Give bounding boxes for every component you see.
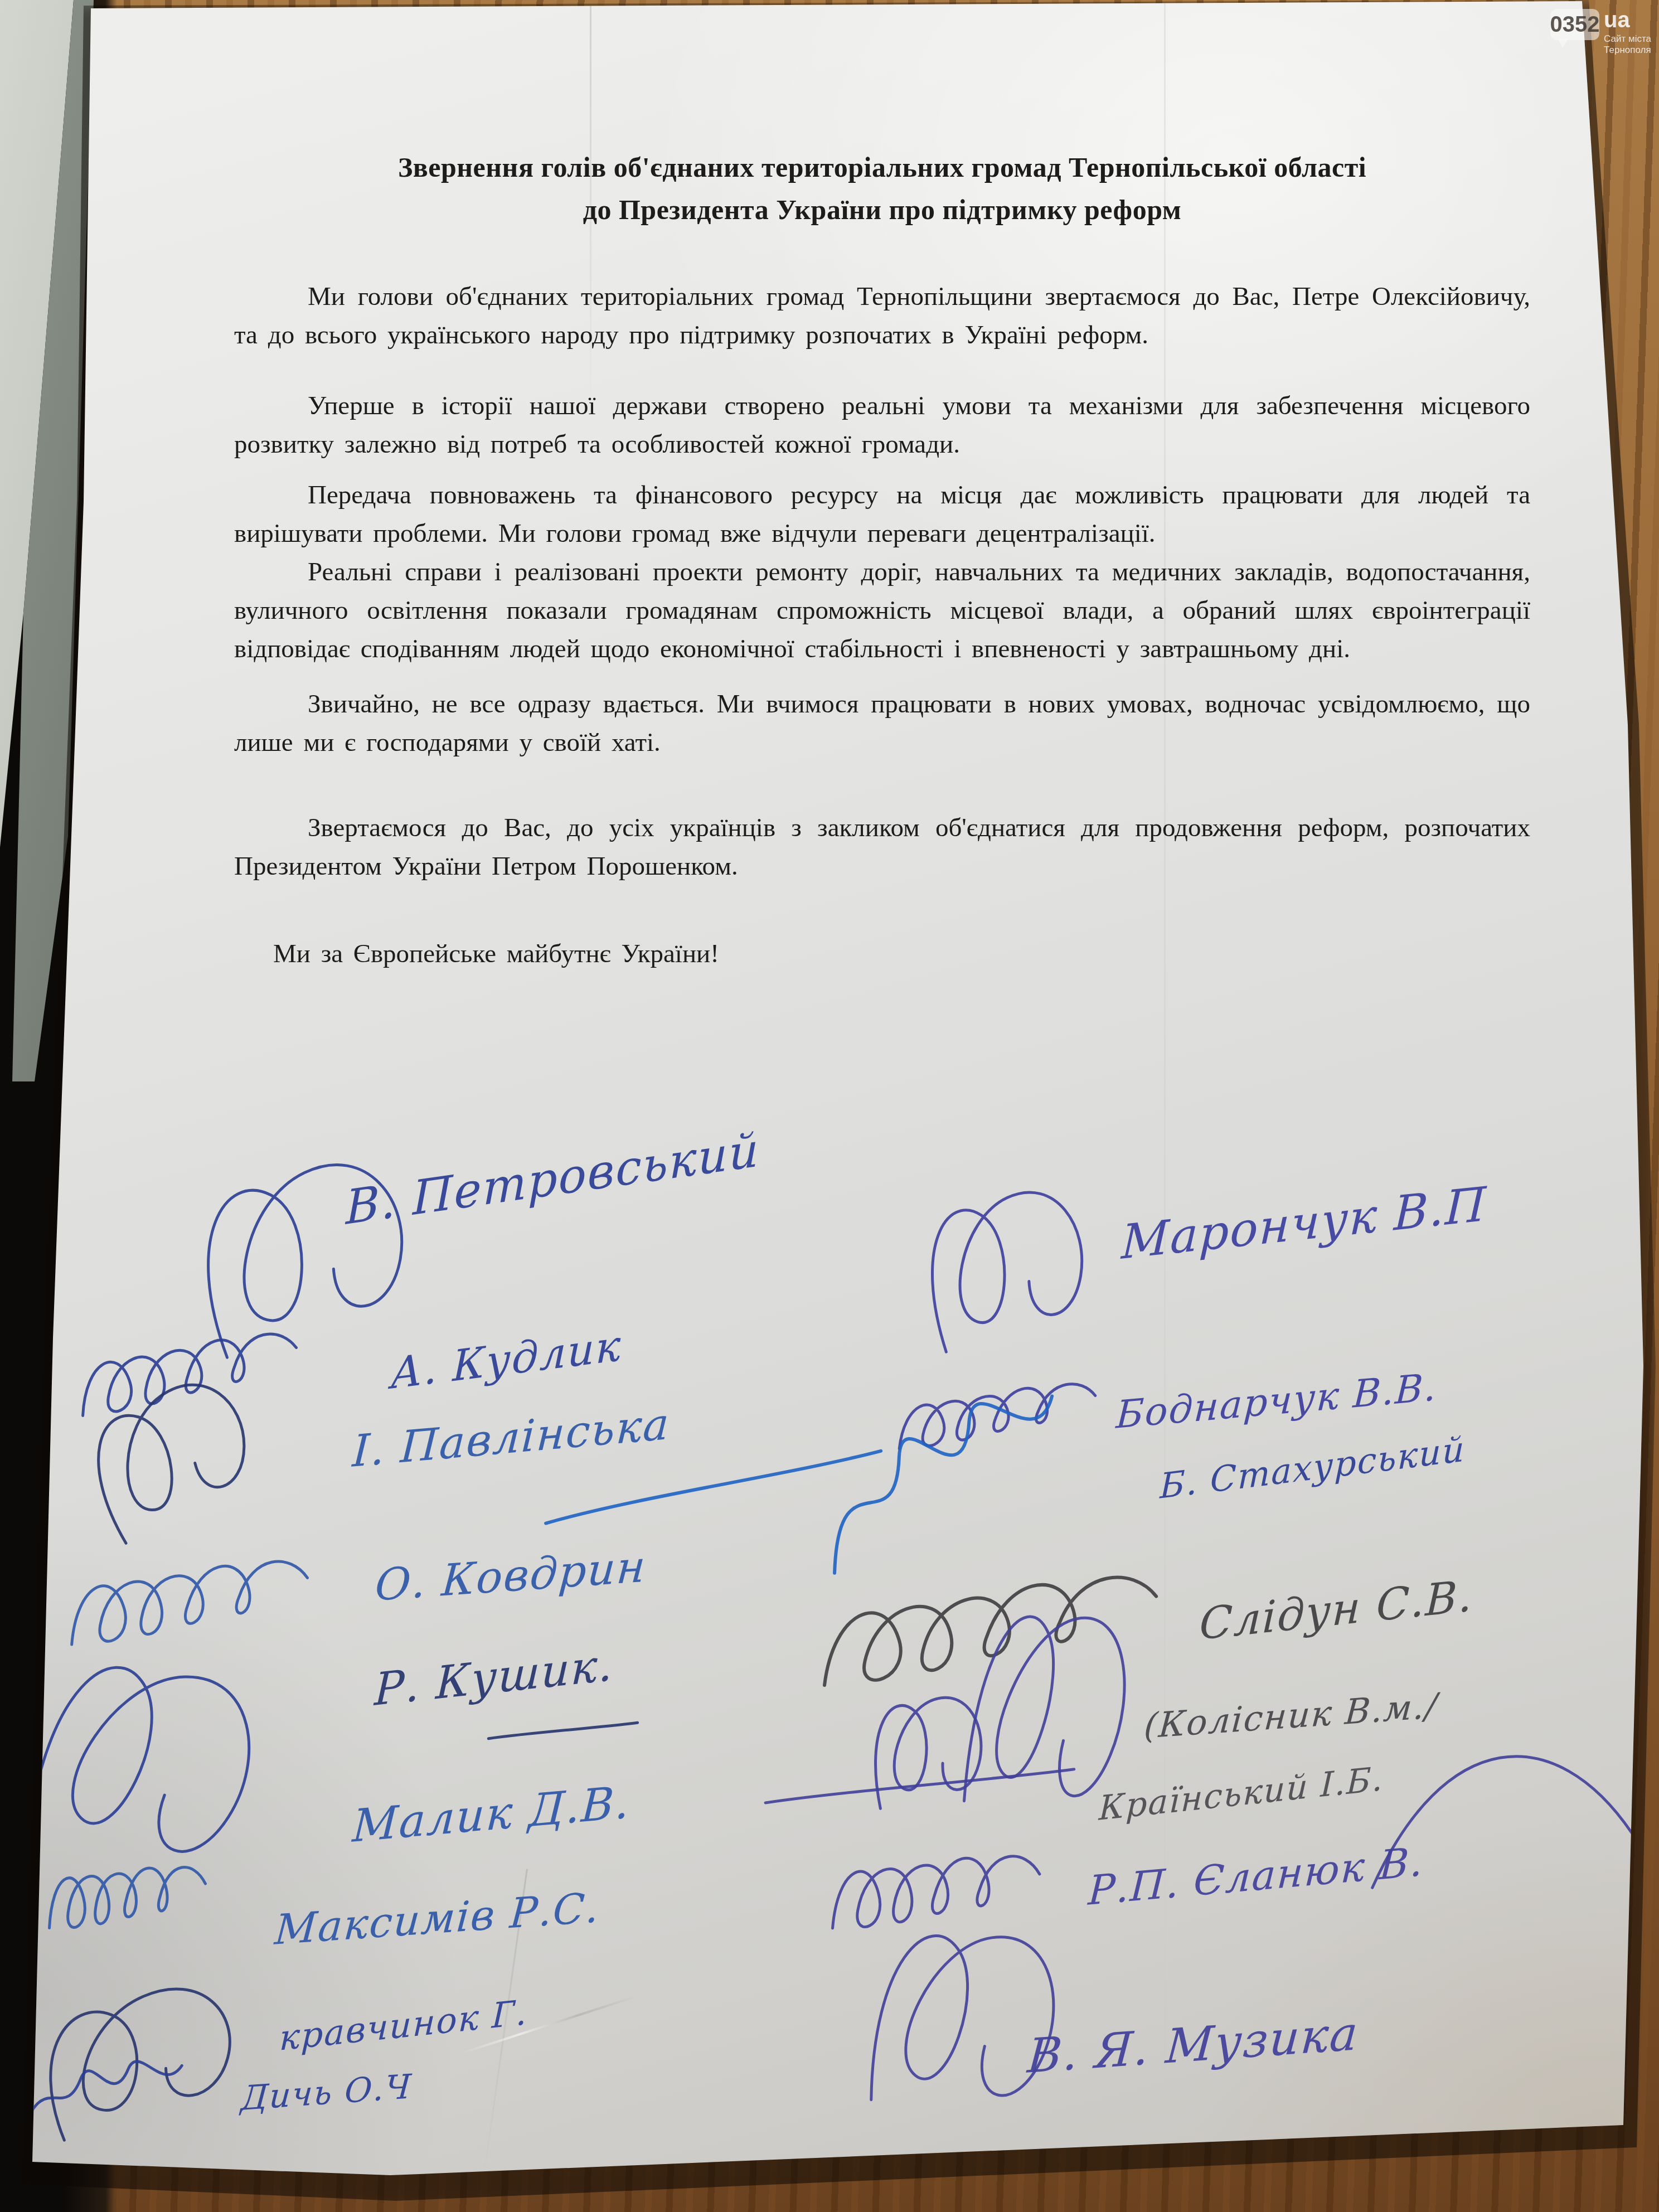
- signatures-layer: В. ПетровськийА. КудликІ. ПавлінськаО. К…: [0, 0, 1659, 2212]
- watermark-speech-bubble-icon: 0352: [1550, 9, 1599, 40]
- signature-name: Країнський І.Б.: [1098, 1759, 1384, 1828]
- signature-flourish: [484, 1716, 642, 1746]
- watermark-caption-line1: Сайт міста: [1604, 33, 1651, 44]
- signature-name: Р. Кушик.: [373, 1638, 614, 1716]
- watermark-badge: 0352 ua Сайт міста Тернополя: [1550, 9, 1651, 56]
- document-paper: Звернення голів об'єднаних територіальни…: [0, 0, 1659, 2212]
- signature-name: Боднарчук В.В.: [1115, 1365, 1438, 1438]
- watermark-number: 0352: [1550, 12, 1600, 37]
- signature-name: Марончук В.П: [1120, 1176, 1488, 1270]
- signature-name: Малик Д.В.: [351, 1776, 632, 1852]
- signature-name: Максимів Р.С.: [273, 1884, 601, 1954]
- signature-name: Слідун С.В.: [1199, 1571, 1474, 1650]
- photo-of-document: Звернення голів об'єднаних територіальни…: [0, 0, 1659, 2212]
- signature-name: А. Кудлик: [390, 1320, 622, 1399]
- signature-flourish: [898, 1159, 1114, 1366]
- watermark-caption-line2: Тернополя: [1604, 45, 1651, 55]
- signature-name: О. Ковдрин: [373, 1541, 648, 1611]
- signature-name: В. Я. Музика: [1026, 2006, 1361, 2084]
- signature-name: кравчинок Г.: [279, 1992, 528, 2059]
- watermark-domain: ua: [1604, 9, 1651, 31]
- signature-name: Дичь О.Ч: [240, 2067, 413, 2118]
- signature-name: Б. Стахурський: [1160, 1428, 1466, 1507]
- signature-flourish: [853, 1896, 1081, 2135]
- signature-flourish: [1361, 1684, 1659, 1939]
